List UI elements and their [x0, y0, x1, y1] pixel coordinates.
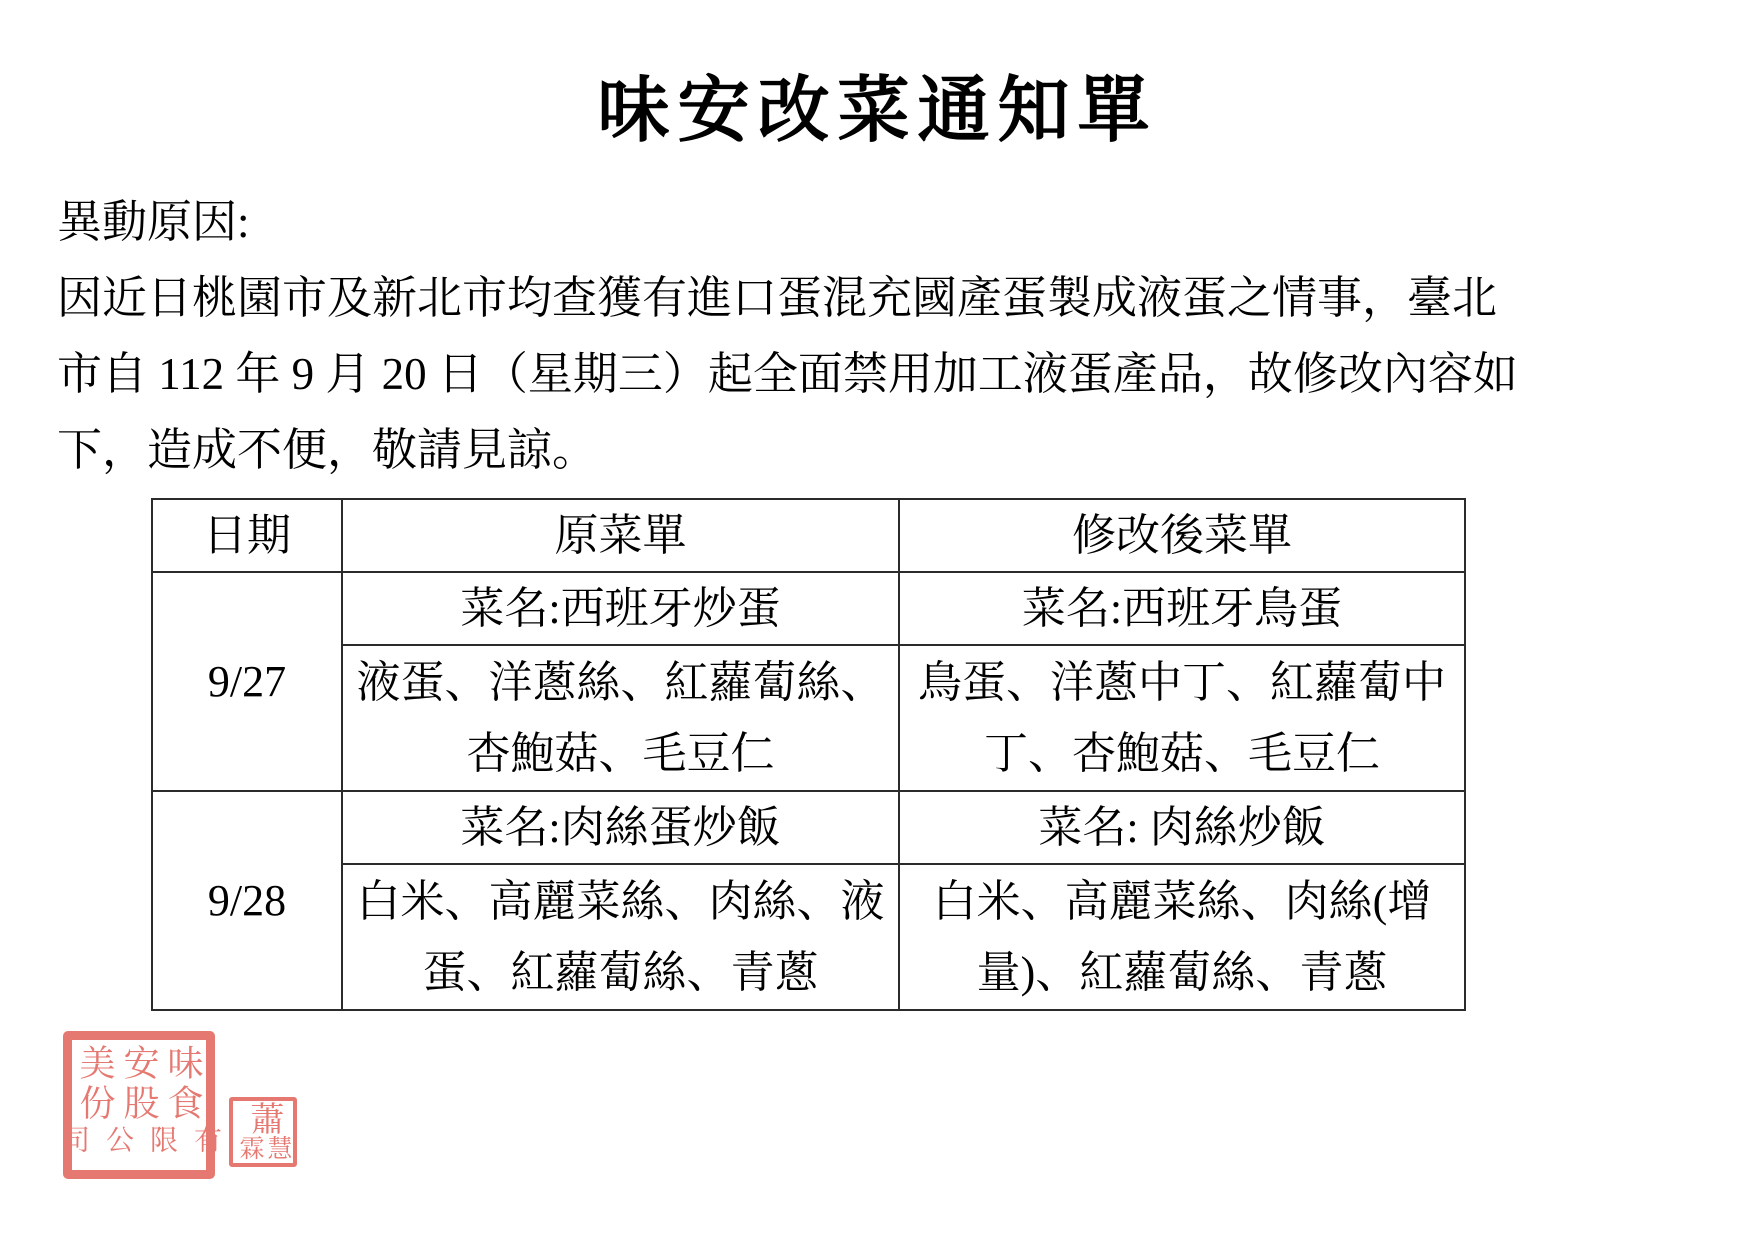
notice-page: 味安改菜通知單 異動原因: 因近日桃園市及新北市均查獲有進口蛋混充國產蛋製成液蛋… [0, 0, 1755, 1241]
header-original-menu: 原菜單 [342, 499, 899, 572]
revised-ingredients-927: 鳥蛋、洋蔥中丁、紅蘿蔔中丁、杏鮑菇、毛豆仁 [899, 645, 1465, 791]
table-header-row: 日期 原菜單 修改後菜單 [152, 499, 1465, 572]
company-seal-column-3: 有限公司 [51, 1125, 227, 1166]
revised-dish-name-927: 菜名:西班牙鳥蛋 [899, 572, 1465, 645]
reason-line-2: 市自 112 年 9 月 20 日（星期三）起全面禁用加工液蛋產品，故修改內容如 [57, 336, 1700, 412]
page-title: 味安改菜通知單 [0, 52, 1755, 156]
table-row: 液蛋、洋蔥絲、紅蘿蔔絲、杏鮑菇、毛豆仁 鳥蛋、洋蔥中丁、紅蘿蔔中丁、杏鮑菇、毛豆… [152, 645, 1465, 791]
original-ingredients-928: 白米、高麗菜絲、肉絲、液蛋、紅蘿蔔絲、青蔥 [342, 864, 899, 1010]
company-seal-stamp: 味安美 食股份 有限公司 [63, 1031, 215, 1179]
table-row: 白米、高麗菜絲、肉絲、液蛋、紅蘿蔔絲、青蔥 白米、高麗菜絲、肉絲(增量)、紅蘿蔔… [152, 864, 1465, 1010]
table-row: 9/28 菜名:肉絲蛋炒飯 菜名: 肉絲炒飯 [152, 791, 1465, 864]
reason-line-1: 因近日桃園市及新北市均查獲有進口蛋混充國產蛋製成液蛋之情事，臺北 [57, 260, 1700, 336]
menu-change-table: 日期 原菜單 修改後菜單 9/27 菜名:西班牙炒蛋 菜名:西班牙鳥蛋 液蛋、洋… [151, 498, 1466, 1011]
header-date: 日期 [152, 499, 342, 572]
company-seal-column-1: 味安美 [73, 1044, 205, 1084]
table-row: 9/27 菜名:西班牙炒蛋 菜名:西班牙鳥蛋 [152, 572, 1465, 645]
date-cell-928: 9/28 [152, 791, 342, 1010]
personal-stamp-column-1: 蕭 [249, 1101, 277, 1135]
reason-line-3: 下，造成不便，敬請見諒。 [57, 412, 1700, 488]
company-seal-column-2: 食股份 [73, 1084, 205, 1124]
original-dish-name-927: 菜名:西班牙炒蛋 [342, 572, 899, 645]
revised-dish-name-928: 菜名: 肉絲炒飯 [899, 791, 1465, 864]
personal-name-stamp: 蕭 慧霖 [229, 1097, 297, 1167]
header-revised-menu: 修改後菜單 [899, 499, 1465, 572]
original-ingredients-927: 液蛋、洋蔥絲、紅蘿蔔絲、杏鮑菇、毛豆仁 [342, 645, 899, 791]
personal-stamp-column-2: 慧霖 [235, 1135, 291, 1163]
revised-ingredients-928: 白米、高麗菜絲、肉絲(增量)、紅蘿蔔絲、青蔥 [899, 864, 1465, 1010]
reason-label: 異動原因: [57, 184, 1700, 260]
reason-section: 異動原因: 因近日桃園市及新北市均查獲有進口蛋混充國產蛋製成液蛋之情事，臺北 市… [57, 184, 1700, 488]
date-cell-927: 9/27 [152, 572, 342, 791]
original-dish-name-928: 菜名:肉絲蛋炒飯 [342, 791, 899, 864]
